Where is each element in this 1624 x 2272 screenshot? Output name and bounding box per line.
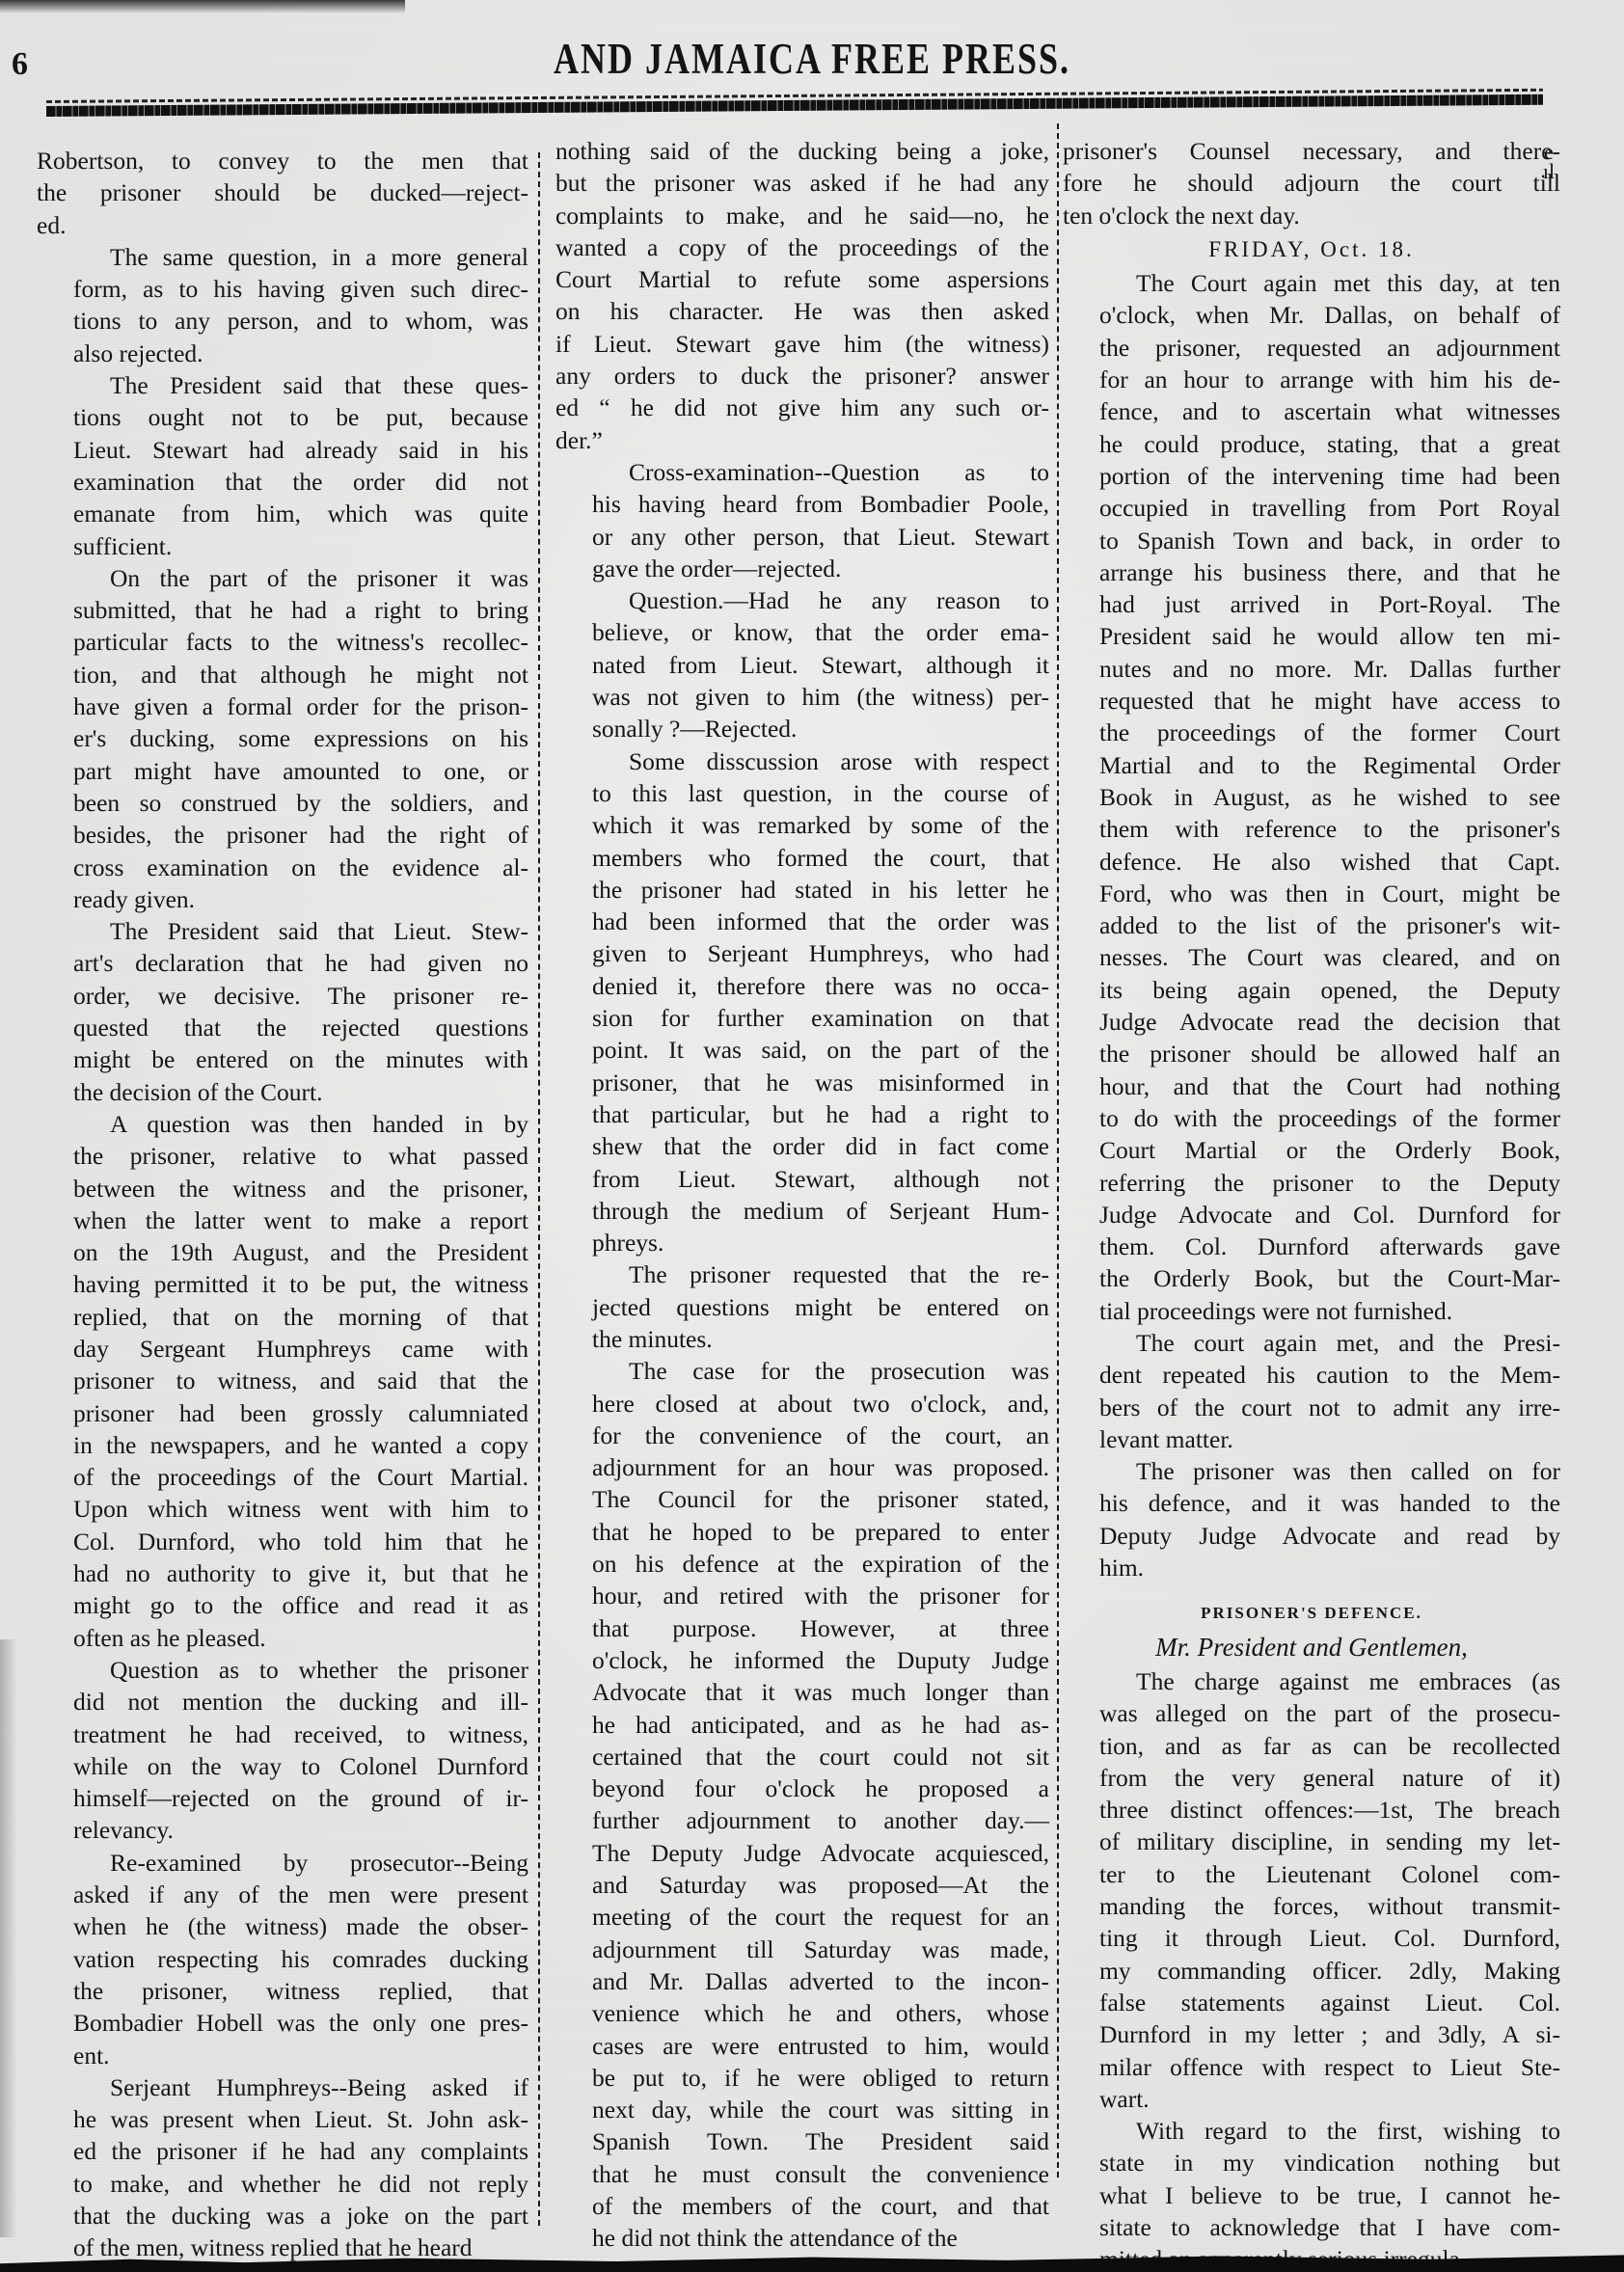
text-line: while on the way to Colonel Durnford (37, 1750, 528, 1782)
text-line: asked if any of the men were present (37, 1879, 528, 1910)
newspaper-page: 6 AND JAMAICA FREE PRESS. e ıl Robertson… (0, 0, 1624, 2272)
paragraph: The President said that these ques-tions… (37, 369, 528, 562)
text-line: shew that the order did in fact come (555, 1130, 1049, 1162)
text-line: gave the order—rejected. (555, 553, 1049, 584)
text-line: for the convenience of the court, an (555, 1420, 1049, 1451)
section-head: PRISONER'S DEFENCE. (1063, 1597, 1560, 1629)
paragraph: The prisoner requested that the re-jecte… (555, 1258, 1049, 1355)
text-line: The President said that these ques- (37, 369, 528, 401)
text-line: of the members of the court, and that (555, 2190, 1049, 2222)
text-line: A question was then handed in by (37, 1108, 528, 1140)
text-line: next day, while the court was sitting in (555, 2094, 1049, 2125)
text-line: certained that the court could not sit (555, 1741, 1049, 1772)
text-line: have given a formal order for the prison… (37, 690, 528, 722)
text-line: Re-examined by prosecutor--Being (37, 1847, 528, 1879)
text-line: him. (1063, 1552, 1560, 1583)
text-line: fore he should adjourn the court till (1063, 167, 1560, 199)
text-line: The charge against me embraces (as (1063, 1665, 1560, 1697)
text-line: sonally ?—Rejected. (555, 713, 1049, 744)
paragraph: The President said that Lieut. Stew-art'… (37, 915, 528, 1108)
text-line: given to Serjeant Humphreys, who had (555, 937, 1049, 969)
text-line: The President said that Lieut. Stew- (37, 915, 528, 947)
text-line: to make, and whether he did not reply (37, 2168, 528, 2200)
text-line: venience which he and others, whose (555, 1997, 1049, 2029)
text-line: meeting of the court the request for an (555, 1901, 1049, 1933)
paragraph: nothing said of the ducking being a joke… (555, 135, 1049, 456)
paragraph: Question.—Had he any reason tobelieve, o… (555, 584, 1049, 744)
text-line: further adjournment to another day.— (555, 1804, 1049, 1836)
text-line: phreys. (555, 1227, 1049, 1258)
text-line: them. Col. Durnford afterwards gave (1063, 1231, 1560, 1262)
text-line: On the part of the prisoner it was (37, 562, 528, 594)
article-column-1: Robertson, to convey to the men thatthe … (37, 145, 528, 2264)
text-line: Some disscussion arose with respect (555, 745, 1049, 777)
text-line: milar offence with respect to Lieut Ste- (1063, 2051, 1560, 2083)
text-line: the prisoner, requested an adjournment (1063, 332, 1560, 364)
text-line: defence. He also wished that Capt. (1063, 846, 1560, 878)
text-line: he had anticipated, and as he had as- (555, 1709, 1049, 1741)
text-line: o'clock, when Mr. Dallas, on behalf of (1063, 299, 1560, 331)
article-column-3: prisoner's Counsel necessary, and there-… (1063, 135, 1560, 2272)
text-line: his defence, and it was handed to the (1063, 1487, 1560, 1519)
text-line: added to the list of the prisoner's wit- (1063, 909, 1560, 941)
text-line: the prisoner had stated in his letter he (555, 874, 1049, 906)
text-line: often as he pleased. (37, 1622, 528, 1654)
text-line: bers of the court not to admit any irre- (1063, 1392, 1560, 1423)
dateline: FRIDAY, Oct. 18. (1063, 233, 1560, 265)
text-line: the prisoner should be allowed half an (1063, 1038, 1560, 1069)
text-line: was not given to him (the witness) per- (555, 681, 1049, 713)
text-line: ten o'clock the next day. (1063, 200, 1560, 231)
text-line: arrange his business there, and that he (1063, 556, 1560, 588)
text-line: on his character. He was then asked (555, 295, 1049, 327)
text-line: three distinct offences:—1st, The breach (1063, 1794, 1560, 1826)
text-line: The Council for the prisoner stated, (555, 1483, 1049, 1515)
text-line: might be entered on the minutes with (37, 1043, 528, 1075)
text-line: between the witness and the prisoner, (37, 1173, 528, 1204)
text-line: dent repeated his caution to the Mem- (1063, 1359, 1560, 1391)
text-line: the minutes. (555, 1323, 1049, 1355)
text-line: of the proceedings of the Court Martial. (37, 1461, 528, 1493)
text-line: through the medium of Serjeant Hum- (555, 1195, 1049, 1227)
paragraph: Cross-examination--Question as tohis hav… (555, 456, 1049, 584)
text-line: Question as to whether the prisoner (37, 1654, 528, 1686)
text-line: Cross-examination--Question as to (555, 456, 1049, 488)
text-line: adjournment till Saturday was made, (555, 1934, 1049, 1965)
text-line: Robertson, to convey to the men that (37, 145, 528, 176)
text-line: art's declaration that he had given no (37, 947, 528, 979)
text-line: President said he would allow ten mi- (1063, 620, 1560, 652)
text-line: himself—rejected on the ground of ir- (37, 1782, 528, 1814)
text-line: wanted a copy of the proceedings of the (555, 231, 1049, 263)
paragraph: With regard to the first, wishing tostat… (1063, 2115, 1560, 2272)
text-line: beyond four o'clock he proposed a (555, 1772, 1049, 1804)
text-line: what I believe to be true, I cannot he- (1063, 2179, 1560, 2211)
text-line: also rejected. (37, 338, 528, 369)
text-line: that particular, but he had a right to (555, 1098, 1049, 1130)
text-line: cases are were entrusted to him, would (555, 2030, 1049, 2062)
text-line: believe, or know, that the order ema- (555, 616, 1049, 648)
text-line: for an hour to arrange with him his de- (1063, 364, 1560, 395)
text-line: them with reference to the prisoner's (1063, 813, 1560, 845)
text-line: state in my vindication nothing but (1063, 2147, 1560, 2178)
text-line: part might have amounted to one, or (37, 755, 528, 787)
text-line: and Mr. Dallas adverted to the incon- (555, 1965, 1049, 1997)
text-line: from Lieut. Stewart, although not (555, 1163, 1049, 1195)
text-line: The case for the prosecution was (555, 1355, 1049, 1387)
text-line: hour, and that the Court had nothing (1063, 1070, 1560, 1102)
paragraph: Question as to whether the prisonerdid n… (37, 1654, 528, 1847)
text-line: Deputy Judge Advocate and read by (1063, 1520, 1560, 1552)
text-line: that he must consult the convenience (555, 2158, 1049, 2190)
text-line: jected questions might be entered on (555, 1291, 1049, 1323)
text-line: was alleged on the part of the prosecu- (1063, 1697, 1560, 1729)
text-line: ter to the Lieutenant Colonel com- (1063, 1858, 1560, 1890)
text-line: Durnford in my letter ; and 3dly, A si- (1063, 2018, 1560, 2050)
column-divider (538, 152, 540, 2226)
text-line: Court Martial or the Orderly Book, (1063, 1134, 1560, 1166)
text-line: nothing said of the ducking being a joke… (555, 135, 1049, 167)
text-line: to this last question, in the course of (555, 777, 1049, 809)
text-line: its being again opened, the Deputy (1063, 974, 1560, 1006)
paragraph: Robertson, to convey to the men thatthe … (37, 145, 528, 241)
text-line: had no authority to give it, but that he (37, 1557, 528, 1589)
text-line: to Spanish Town and back, in order to (1063, 525, 1560, 556)
text-line: ed the prisoner if he had any complaints (37, 2135, 528, 2167)
text-line: tions to any person, and to whom, was (37, 305, 528, 337)
article-column-2: nothing said of the ducking being a joke… (555, 135, 1049, 2255)
text-line: nesses. The Court was cleared, and on (1063, 941, 1560, 973)
text-line: relevancy. (37, 1814, 528, 1846)
text-line: if Lieut. Stewart gave him (the witness) (555, 328, 1049, 360)
text-line: Lieut. Stewart had already said in his (37, 434, 528, 466)
text-line: The Court again met this day, at ten (1063, 267, 1560, 299)
text-line: Bombadier Hobell was the only one pres- (37, 2007, 528, 2039)
text-line: sitate to acknowledge that I have com- (1063, 2211, 1560, 2243)
paragraph: prisoner's Counsel necessary, and there-… (1063, 135, 1560, 231)
text-line: he was present when Lieut. St. John ask- (37, 2103, 528, 2135)
text-line: tion, and that although he might not (37, 659, 528, 690)
text-line: sufficient. (37, 530, 528, 562)
text-line: Serjeant Humphreys--Being asked if (37, 2071, 528, 2103)
text-line: hour, and retired with the prisoner for (555, 1580, 1049, 1611)
scan-shadow-left (0, 1639, 17, 2237)
text-line: The prisoner was then called on for (1063, 1455, 1560, 1487)
text-line: examination that the order did not (37, 466, 528, 498)
column-divider (1057, 123, 1059, 2177)
text-line: nated from Lieut. Stewart, although it (555, 649, 1049, 681)
text-line: tion, and as far as can be recollected (1063, 1730, 1560, 1762)
text-line: besides, the prisoner had the right of (37, 819, 528, 851)
text-line: Question.—Had he any reason to (555, 584, 1049, 616)
text-line: but the prisoner was asked if he had any (555, 167, 1049, 199)
text-line: he could produce, stating, that a great (1063, 428, 1560, 460)
text-line: denied it, therefore there was no occa- (555, 970, 1049, 1002)
text-line: prisoner, that he was misinformed in (555, 1067, 1049, 1098)
paragraph: Some disscussion arose with respectto th… (555, 745, 1049, 1259)
text-line: the proceedings of the former Court (1063, 717, 1560, 748)
text-line: prisoner to witness, and said that the (37, 1365, 528, 1396)
text-line: Judge Advocate and Col. Durnford for (1063, 1199, 1560, 1231)
text-line: or any other person, that Lieut. Stewart (555, 521, 1049, 553)
text-line: here closed at about two o'clock, and, (555, 1388, 1049, 1420)
text-line: from the very general nature of it) (1063, 1762, 1560, 1794)
text-line: Book in August, as he wished to see (1063, 781, 1560, 813)
paragraph: The court again met, and the Presi-dent … (1063, 1327, 1560, 1455)
text-line: Martial and to the Regimental Order (1063, 749, 1560, 781)
text-line: cross examination on the evidence al- (37, 852, 528, 883)
text-line: The prisoner requested that the re- (555, 1258, 1049, 1290)
text-line: ed “ he did not give him any such or- (555, 392, 1049, 423)
paragraph: The case for the prosecution washere clo… (555, 1355, 1049, 2254)
text-line: ting it through Lieut. Col. Durnford, (1063, 1922, 1560, 1954)
text-line: my commanding officer. 2dly, Making (1063, 1955, 1560, 1987)
text-line: point. It was said, on the part of the (555, 1034, 1049, 1066)
text-line: er's ducking, some expressions on his (37, 722, 528, 754)
text-line: tial proceedings were not furnished. (1063, 1295, 1560, 1327)
text-line: ready given. (37, 883, 528, 915)
text-line: tions ought not to be put, because (37, 401, 528, 433)
text-line: The same question, in a more general (37, 241, 528, 273)
paragraph: On the part of the prisoner it wassubmit… (37, 562, 528, 915)
paragraph: The prisoner was then called on forhis d… (1063, 1455, 1560, 1583)
text-line: had been informed that the order was (555, 906, 1049, 937)
text-line: did not mention the ducking and ill- (37, 1686, 528, 1718)
paragraph: Serjeant Humphreys--Being asked ifhe was… (37, 2071, 528, 2264)
text-line: Spanish Town. The President said (555, 2125, 1049, 2157)
text-line: The Deputy Judge Advocate acquiesced, (555, 1837, 1049, 1869)
text-line: complaints to make, and he said—no, he (555, 200, 1049, 231)
masthead-title: AND JAMAICA FREE PRESS. (0, 34, 1624, 85)
text-line: portion of the intervening time had been (1063, 460, 1560, 492)
text-line: false statements against Lieut. Col. (1063, 1987, 1560, 2018)
text-line: Col. Durnford, who told him that he (37, 1526, 528, 1557)
text-line: o'clock, he informed the Duputy Judge (555, 1644, 1049, 1676)
text-line: submitted, that he had a right to bring (37, 594, 528, 626)
salutation: Mr. President and Gentlemen, (1063, 1632, 1560, 1663)
text-line: requested that he might have access to (1063, 685, 1560, 717)
text-line: the decision of the Court. (37, 1076, 528, 1108)
text-line: he did not think the attendance of the (555, 2222, 1049, 2254)
text-line: the prisoner, relative to what passed (37, 1140, 528, 1172)
text-line: and Saturday was proposed—At the (555, 1869, 1049, 1901)
text-line: the prisoner should be ducked—reject- (37, 176, 528, 208)
text-line: his having heard from Bombadier Poole, (555, 488, 1049, 520)
text-line: emanate from him, which was quite (37, 498, 528, 529)
text-line: Upon which witness went with him to (37, 1493, 528, 1525)
text-line: Judge Advocate read the decision that (1063, 1006, 1560, 1038)
paragraph: The charge against me embraces (aswas al… (1063, 1665, 1560, 2115)
text-line: sion for further examination on that (555, 1002, 1049, 1034)
text-line: that purpose. However, at three (555, 1612, 1049, 1644)
text-line: replied, that on the morning of that (37, 1301, 528, 1333)
text-line: might go to the office and read it as (37, 1589, 528, 1621)
paragraph: The Court again met this day, at teno'cl… (1063, 267, 1560, 1327)
text-line: be put to, if he were obliged to return (555, 2062, 1049, 2094)
text-line: order, we decisive. The prisoner re- (37, 980, 528, 1012)
text-line: manding the forces, without transmit- (1063, 1890, 1560, 1922)
masthead-rule (46, 89, 1543, 118)
text-line: on the 19th August, and the President (37, 1236, 528, 1268)
text-line: ed. (37, 209, 528, 241)
text-line: With regard to the first, wishing to (1063, 2115, 1560, 2147)
text-line: on his defence at the expiration of the (555, 1548, 1049, 1580)
text-line: vation respecting his comrades ducking (37, 1943, 528, 1975)
text-line: ent. (37, 2040, 528, 2071)
text-line: that the ducking was a joke on the part (37, 2200, 528, 2231)
text-line: quested that the rejected questions (37, 1012, 528, 1043)
text-line: treatment he had received, to witness, (37, 1718, 528, 1750)
text-line: der.” (555, 424, 1049, 456)
text-line: the Orderly Book, but the Court-Mar- (1063, 1262, 1560, 1294)
text-line: fence, and to ascertain what witnesses (1063, 395, 1560, 427)
text-line: of military discipline, in sending my le… (1063, 1826, 1560, 1857)
text-line: had just arrived in Port-Royal. The (1063, 588, 1560, 620)
text-line: when he (the witness) made the obser- (37, 1910, 528, 1942)
text-line: occupied in travelling from Port Royal (1063, 492, 1560, 524)
text-line: prisoner's Counsel necessary, and there- (1063, 135, 1560, 167)
paragraph: Re-examined by prosecutor--Beingasked if… (37, 1847, 528, 2071)
text-line: when the latter went to make a report (37, 1204, 528, 1236)
text-line: adjournment for an hour was proposed. (555, 1451, 1049, 1483)
text-line: Court Martial to refute some aspersions (555, 263, 1049, 295)
text-line: in the newspapers, and he wanted a copy (37, 1429, 528, 1461)
text-line: prisoner had been grossly calumniated (37, 1397, 528, 1429)
text-line: that he hoped to be prepared to enter (555, 1516, 1049, 1548)
text-line: particular facts to the witness's recoll… (37, 626, 528, 658)
text-line: wart. (1063, 2083, 1560, 2115)
scan-shadow-top (0, 0, 405, 14)
paragraph: The same question, in a more generalform… (37, 241, 528, 369)
text-line: which it was remarked by some of the (555, 809, 1049, 841)
text-line: day Sergeant Humphreys came with (37, 1333, 528, 1365)
text-line: having permitted it to be put, the witne… (37, 1268, 528, 1300)
text-line: The court again met, and the Presi- (1063, 1327, 1560, 1359)
text-line: nutes and no more. Mr. Dallas further (1063, 653, 1560, 685)
text-line: referring the prisoner to the Deputy (1063, 1167, 1560, 1199)
text-line: been so construed by the soldiers, and (37, 787, 528, 819)
text-line: form, as to his having given such direc- (37, 273, 528, 305)
text-line: to do with the proceedings of the former (1063, 1102, 1560, 1134)
text-line: any orders to duck the prisoner? answer (555, 360, 1049, 392)
paragraph: A question was then handed in bythe pris… (37, 1108, 528, 1654)
text-line: Ford, who was then in Court, might be (1063, 878, 1560, 909)
text-line: members who formed the court, that (555, 842, 1049, 874)
text-line: the prisoner, witness replied, that (37, 1975, 528, 2007)
text-line: levant matter. (1063, 1423, 1560, 1455)
text-line: Advocate that it was much longer than (555, 1676, 1049, 1708)
